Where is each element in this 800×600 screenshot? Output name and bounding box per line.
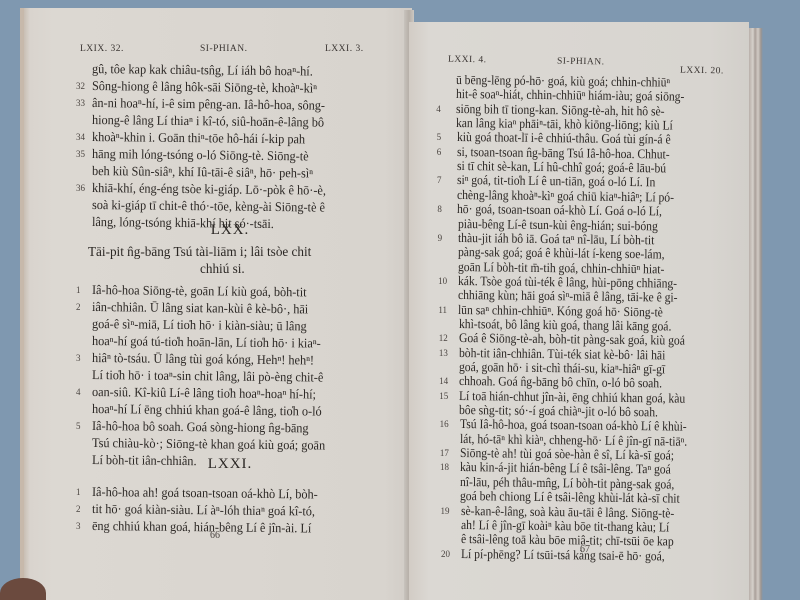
text-line: soà ki-giáp tī chit-ê thó·-tōe, kèng-ài … <box>92 197 325 215</box>
verse-number: 13 <box>439 348 448 358</box>
verse-number: 3 <box>76 353 81 363</box>
chapter-heading-lxxi: LXXI. <box>80 456 380 473</box>
text-line: beh kiù Sûn-siâⁿ, khí Iû-tāi-ê siâⁿ, hō·… <box>92 163 313 180</box>
verse-number: 5 <box>76 421 81 431</box>
text-line: Iâ-hô-hoa ah! goá tsoan-tsoan oá-khò Lí,… <box>92 484 318 502</box>
verse-number: 4 <box>436 104 441 114</box>
text-line: goá-ê sìⁿ-miā, Lí tio̍h hō· i kiàn-siàu;… <box>92 316 307 333</box>
text-line: hoaⁿ-hí Lí ēng chhiú khan goá-ê lâng, ti… <box>92 401 322 419</box>
text-line: Lí pí-phēng? Lí tsūi-tsá kàng tsai-ē hō·… <box>461 546 665 563</box>
text-line: ân-ni hoaⁿ-hí, i-ê sim pêng-an. Iâ-hô-ho… <box>92 95 325 113</box>
verse-number: 17 <box>440 448 449 458</box>
verse-number: 18 <box>440 462 449 472</box>
verse-number: 2 <box>76 504 81 514</box>
chapter-subtitle: chhiú si. <box>200 261 245 276</box>
text-line: Tsú chiàu-kò·; Siōng-tè khan goá kiù goá… <box>92 435 325 453</box>
verse-number: 14 <box>439 376 448 386</box>
text-line: ēng chhiú khan goá, hián-bêng Lí ê jîn-à… <box>92 518 311 535</box>
running-head-left-ref: LXXI. 4. <box>448 55 487 66</box>
verse-number: 2 <box>76 302 81 312</box>
verse-number: 12 <box>439 333 448 343</box>
verse-number: 15 <box>439 391 448 401</box>
verse-number: 5 <box>437 132 442 142</box>
text-line: Sông-hiong ê lâng hôk-sāi Siōng-tè, khoà… <box>92 78 317 96</box>
verse-number: 19 <box>441 506 450 516</box>
chapter-subtitle: Tāi-pit n̂g-bāng Tsú tài-liām i; lâi tsò… <box>88 244 311 259</box>
chapter-heading-lxx: LXX. <box>80 222 380 239</box>
running-head-right-ref: LXXI. 20. <box>680 66 724 77</box>
verse-number: 7 <box>437 175 442 185</box>
text-line: tit hō· goá kiàn-siàu. Lí àⁿ-lóh thiaⁿ g… <box>92 501 315 519</box>
verse-number: 16 <box>440 419 449 429</box>
text-line: hāng mih lóng-tsóng o-ló Siōng-tè. Siōng… <box>92 146 309 163</box>
running-head-title: SI-PHIAN. <box>200 44 248 54</box>
verse-number: 9 <box>438 233 443 243</box>
verse-number: 10 <box>438 276 447 286</box>
verse-number: 4 <box>76 387 81 397</box>
verse-number: 33 <box>76 98 85 108</box>
verse-number: 20 <box>441 549 450 559</box>
verse-number: 36 <box>76 183 85 193</box>
text-line: gû, tôe kap kak chiâu-tsn̂g, Lí iáh bô h… <box>92 61 313 78</box>
running-head-title: SI-PHIAN. <box>557 57 605 68</box>
verse-number: 1 <box>76 285 81 295</box>
text-line: khoàⁿ-khin i. Goān thiⁿ-tōe hô-hái í-kip… <box>92 129 305 146</box>
page-edges <box>749 28 763 600</box>
verse-number: 35 <box>76 149 85 159</box>
text-line: khiā-khí, éng-éng tsòe ki-giáp. Lō·-pòk … <box>92 180 326 198</box>
running-head-right-ref: LXXI. 3. <box>325 44 364 54</box>
running-head-left-ref: LXIX. 32. <box>80 44 124 54</box>
page-number-left: 66 <box>210 530 220 541</box>
text-line: Lí tio̍h hō· i toaⁿ-sin chit lâng, lâi p… <box>92 367 324 385</box>
verse-number: 3 <box>76 521 81 531</box>
verse-number: 1 <box>76 487 81 497</box>
verse-number: 8 <box>437 204 442 214</box>
verse-number: 34 <box>76 132 85 142</box>
text-line: hoaⁿ-hí goá tú-tio̍h hoān-lān, Lí tio̍h … <box>92 333 321 351</box>
page-number-right: 67 <box>580 544 590 555</box>
text-line: hiong-ê lâng Lí thiaⁿ i kî-tó, siû-hoān-… <box>92 112 324 130</box>
verse-number: 32 <box>76 81 85 91</box>
text-line: iân-chhiân. Ū lâng siat kan-kùi ê kè-bô·… <box>92 299 308 316</box>
verse-number: 6 <box>437 147 442 157</box>
text-line: oan-siû. Kî-kiû Lí-ê lâng tio̍h hoaⁿ-hoa… <box>92 384 316 402</box>
text-line: Iâ-hô-hoa Siōng-tè, goān Lí kiù goá, bòh… <box>92 282 307 299</box>
text-line: hiâⁿ tò-tsáu. Ū lâng tùi goá kóng, Hehⁿ!… <box>92 350 314 367</box>
text-line: Iâ-hô-hoa bô soah. Goá sòng-hiong n̂g-bā… <box>92 418 309 435</box>
thumb <box>0 578 46 600</box>
verse-number: 11 <box>438 305 447 315</box>
